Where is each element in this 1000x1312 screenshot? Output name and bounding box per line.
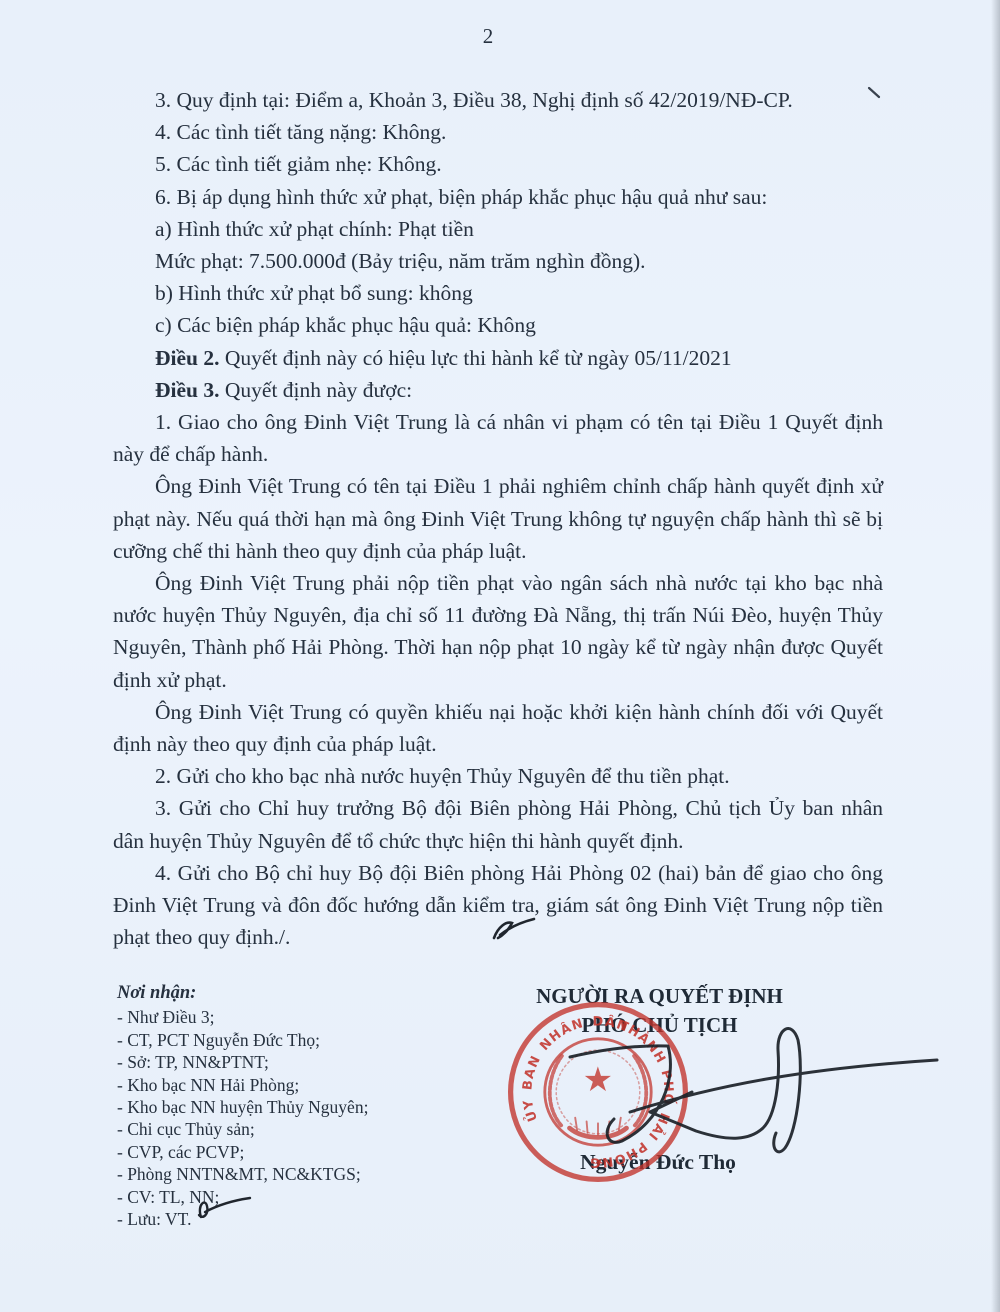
clause-line: 6. Bị áp dụng hình thức xử phạt, biện ph… — [113, 181, 883, 213]
recipient-item: - Kho bạc NN Hải Phòng; — [117, 1074, 368, 1096]
clause-line: 4. Các tình tiết tăng nặng: Không. — [113, 116, 883, 148]
paragraph: Ông Đinh Việt Trung có quyền khiếu nại h… — [113, 696, 883, 760]
clause-line: b) Hình thức xử phạt bổ sung: không — [113, 277, 883, 309]
scan-edge-shadow — [991, 0, 1000, 1312]
clause-line: Mức phạt: 7.500.000đ (Bảy triệu, năm tră… — [113, 245, 883, 277]
document-body: 3. Quy định tại: Điểm a, Khoản 3, Điều 3… — [113, 84, 883, 953]
recipient-item: - Phòng NNTN&MT, NC&KTGS; — [117, 1163, 368, 1185]
recipient-item: - Như Điều 3; — [117, 1006, 368, 1028]
page-number: 2 — [0, 24, 976, 49]
pen-mark — [190, 1193, 254, 1223]
clause-line: c) Các biện pháp khắc phục hậu quả: Khôn… — [113, 309, 883, 341]
paragraph: Ông Đinh Việt Trung có tên tại Điều 1 ph… — [113, 470, 883, 567]
pen-mark — [488, 912, 540, 946]
clause-line: 5. Các tình tiết giảm nhẹ: Không. — [113, 148, 883, 180]
paragraph: 3. Gửi cho Chỉ huy trưởng Bộ đội Biên ph… — [113, 792, 883, 856]
recipient-item: - CVP, các PCVP; — [117, 1141, 368, 1163]
article-text: Quyết định này được: — [220, 378, 413, 402]
recipient-item: - CT, PCT Nguyễn Đức Thọ; — [117, 1029, 368, 1051]
article-line: Điều 2. Quyết định này có hiệu lực thi h… — [113, 342, 883, 374]
clause-line: a) Hình thức xử phạt chính: Phạt tiền — [113, 213, 883, 245]
paragraph: 1. Giao cho ông Đinh Việt Trung là cá nh… — [113, 406, 883, 470]
paragraph: Ông Đinh Việt Trung phải nộp tiền phạt v… — [113, 567, 883, 696]
recipients-heading: Nơi nhận: — [117, 982, 368, 1004]
article-line: Điều 3. Quyết định này được: — [113, 374, 883, 406]
clause-line: 3. Quy định tại: Điểm a, Khoản 3, Điều 3… — [113, 84, 883, 116]
article-label: Điều 2. — [155, 346, 220, 370]
article-label: Điều 3. — [155, 378, 220, 402]
recipient-item: - Kho bạc NN huyện Thủy Nguyên; — [117, 1096, 368, 1118]
recipient-item: - Sở: TP, NN&PTNT; — [117, 1051, 368, 1073]
article-text: Quyết định này có hiệu lực thi hành kể t… — [220, 346, 732, 370]
paragraph: 2. Gửi cho kho bạc nhà nước huyện Thủy N… — [113, 760, 883, 792]
recipient-item: - Chi cục Thủy sản; — [117, 1118, 368, 1140]
scan-speck — [866, 85, 884, 101]
document-page: 2 3. Quy định tại: Điểm a, Khoản 3, Điều… — [0, 0, 1000, 1312]
signature-ink — [480, 1000, 940, 1180]
